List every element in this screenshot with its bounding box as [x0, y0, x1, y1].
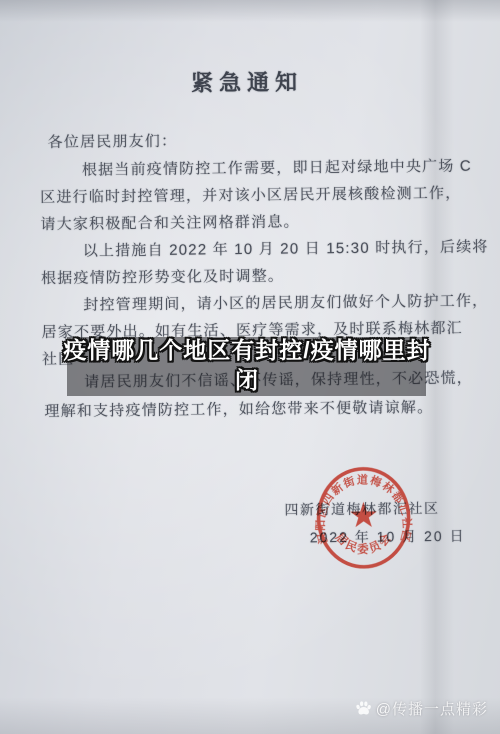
paragraph-line: 理解和支持疫情防控工作，如给您带来不便敬请谅解。: [44, 396, 433, 421]
seal-star-icon: [350, 502, 377, 528]
video-caption-text: 疫情哪几个地区有封控/疫情哪里封闭: [62, 335, 432, 395]
svg-text:居民委员会: 居民委员会: [333, 530, 395, 557]
paragraph-line: 请大家积极配合和关注网格群消息。: [40, 210, 299, 234]
paragraph-line: 区进行临时封控管理，并对该小区居民开展核酸检测工作，: [40, 182, 461, 207]
watermark-handle: @传播一点精彩: [376, 698, 488, 719]
official-red-seal: 汉阳区四新街道梅林都汇社区 居民委员会: [312, 463, 415, 572]
paragraph-line: 以上措施自 2022 年 10 月 20 日 15:30 时执行，后续将: [83, 235, 489, 260]
notice-salutation: 各位居民朋友们：: [48, 130, 178, 152]
paw-icon: [355, 700, 372, 717]
paragraph-line: 封控管理期间，请小区的居民朋友们做好个人防护工作，: [83, 290, 488, 315]
watermark: @传播一点精彩: [355, 698, 488, 719]
photo-of-notice: 紧急通知 各位居民朋友们： 根据当前疫情防控工作需要，即日起对绿地中央广场 C …: [0, 0, 500, 734]
paragraph-line: 根据疫情防控形势变化及时调整。: [41, 265, 284, 289]
notice-title: 紧急通知: [0, 63, 497, 99]
paragraph-line: 根据当前疫情防控工作需要，即日起对绿地中央广场 C: [82, 155, 472, 180]
seal-bottom-text: 居民委员会: [333, 530, 395, 557]
